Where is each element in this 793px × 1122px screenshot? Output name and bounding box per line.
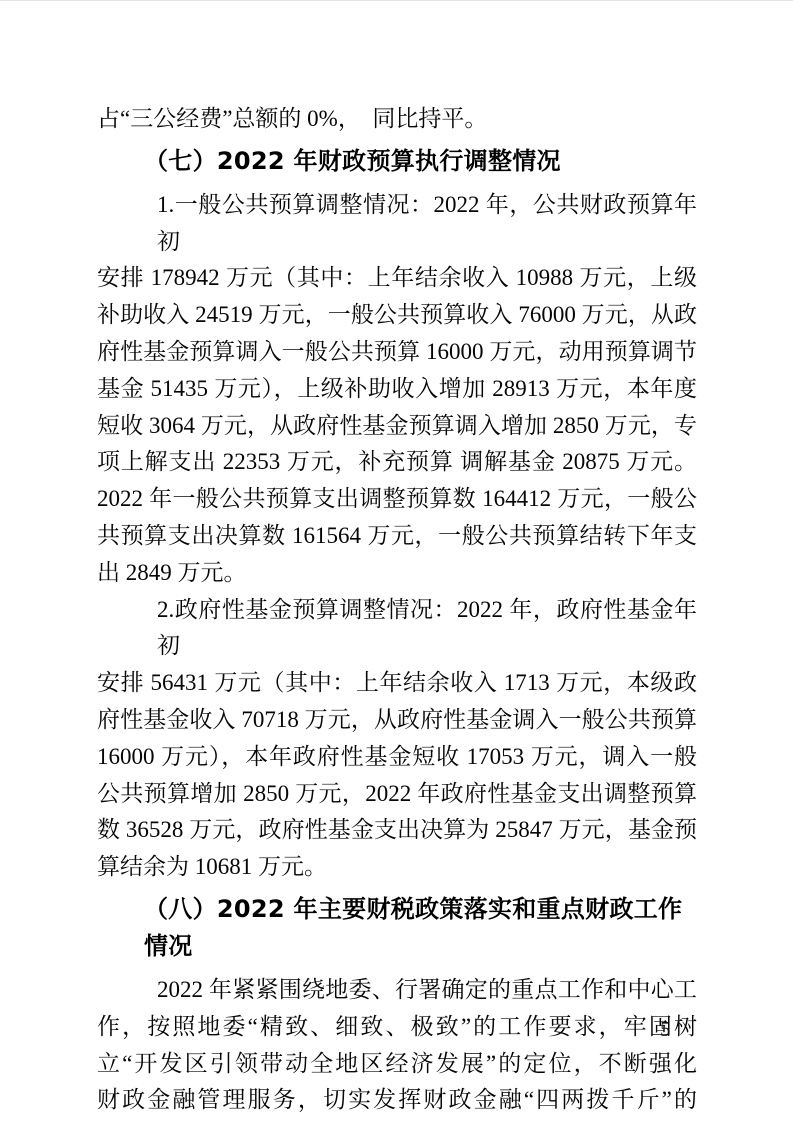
page-number: 5: [660, 1017, 671, 1042]
text-line: 16000 万元），本年政府性基金短收 17053 万元，调入一般: [97, 739, 697, 776]
text-line: 数 36528 万元，政府性基金支出决算为 25847 万元，基金预: [97, 812, 697, 849]
text-line: 2022 年紧紧围绕地委、行署确定的重点工作和中心工: [97, 972, 697, 1009]
text-line: 安排 56431 万元（其中：上年结余收入 1713 万元，本级政: [97, 665, 697, 702]
text-line: 2.政府性基金预算调整情况：2022 年，政府性基金年初: [97, 592, 697, 666]
text-line: 府性基金预算调入一般公共预算 16000 万元，动用预算调节: [97, 334, 697, 371]
text-line: 短收 3064 万元，从政府性基金预算调入增加 2850 万元，专: [97, 408, 697, 445]
text-line: 立“开发区引领带动全地区经济发展”的定位，不断强化: [97, 1046, 697, 1083]
text-line: 作，按照地委“精致、细致、极致”的工作要求，牢固树: [97, 1009, 697, 1046]
text-line: 出 2849 万元。: [97, 555, 697, 592]
text-line: 公共预算增加 2850 万元，2022 年政府性基金支出调整预算: [97, 776, 697, 813]
text-line: 2022 年一般公共预算支出调整预算数 164412 万元，一般公: [97, 481, 697, 518]
document-content: 占“三公经费”总额的 0%， 同比持平。（七）2022 年财政预算执行调整情况1…: [97, 101, 697, 1119]
paragraph-general-public-budget-adjustment: 1.一般公共预算调整情况：2022 年，公共财政预算年初安排 178942 万元…: [97, 187, 697, 592]
text-line: 基金 51435 万元），上级补助收入增加 28913 万元，本年度: [97, 371, 697, 408]
text-line: 1.一般公共预算调整情况：2022 年，公共财政预算年初: [97, 187, 697, 261]
section-7-heading: （七）2022 年财政预算执行调整情况: [97, 143, 697, 180]
paragraph-government-fund-budget-adjustment: 2.政府性基金预算调整情况：2022 年，政府性基金年初安排 56431 万元（…: [97, 592, 697, 886]
document-page: 占“三公经费”总额的 0%， 同比持平。（七）2022 年财政预算执行调整情况1…: [0, 0, 793, 1122]
section-8-heading: （八）2022 年主要财税政策落实和重点财政工作情况: [97, 891, 697, 965]
paragraph-sangong-expense: 占“三公经费”总额的 0%， 同比持平。: [97, 101, 697, 138]
text-line: 共预算支出决算数 161564 万元，一般公共预算结转下年支: [97, 518, 697, 555]
text-line: 府性基金收入 70718 万元，从政府性基金调入一般公共预算: [97, 702, 697, 739]
paragraph-fiscal-policy-work: 2022 年紧紧围绕地委、行署确定的重点工作和中心工作，按照地委“精致、细致、极…: [97, 972, 697, 1119]
text-line: 算结余为 10681 万元。: [97, 849, 697, 886]
text-line: 项上解支出 22353 万元，补充预算 调解基金 20875 万元。: [97, 444, 697, 481]
text-line: 安排 178942 万元（其中：上年结余收入 10988 万元，上级: [97, 260, 697, 297]
text-line: 财政金融管理服务，切实发挥财政金融“四两拨千斤”的: [97, 1082, 697, 1119]
text-line: 占“三公经费”总额的 0%， 同比持平。: [97, 101, 697, 138]
text-line: 补助收入 24519 万元，一般公共预算收入 76000 万元，从政: [97, 297, 697, 334]
